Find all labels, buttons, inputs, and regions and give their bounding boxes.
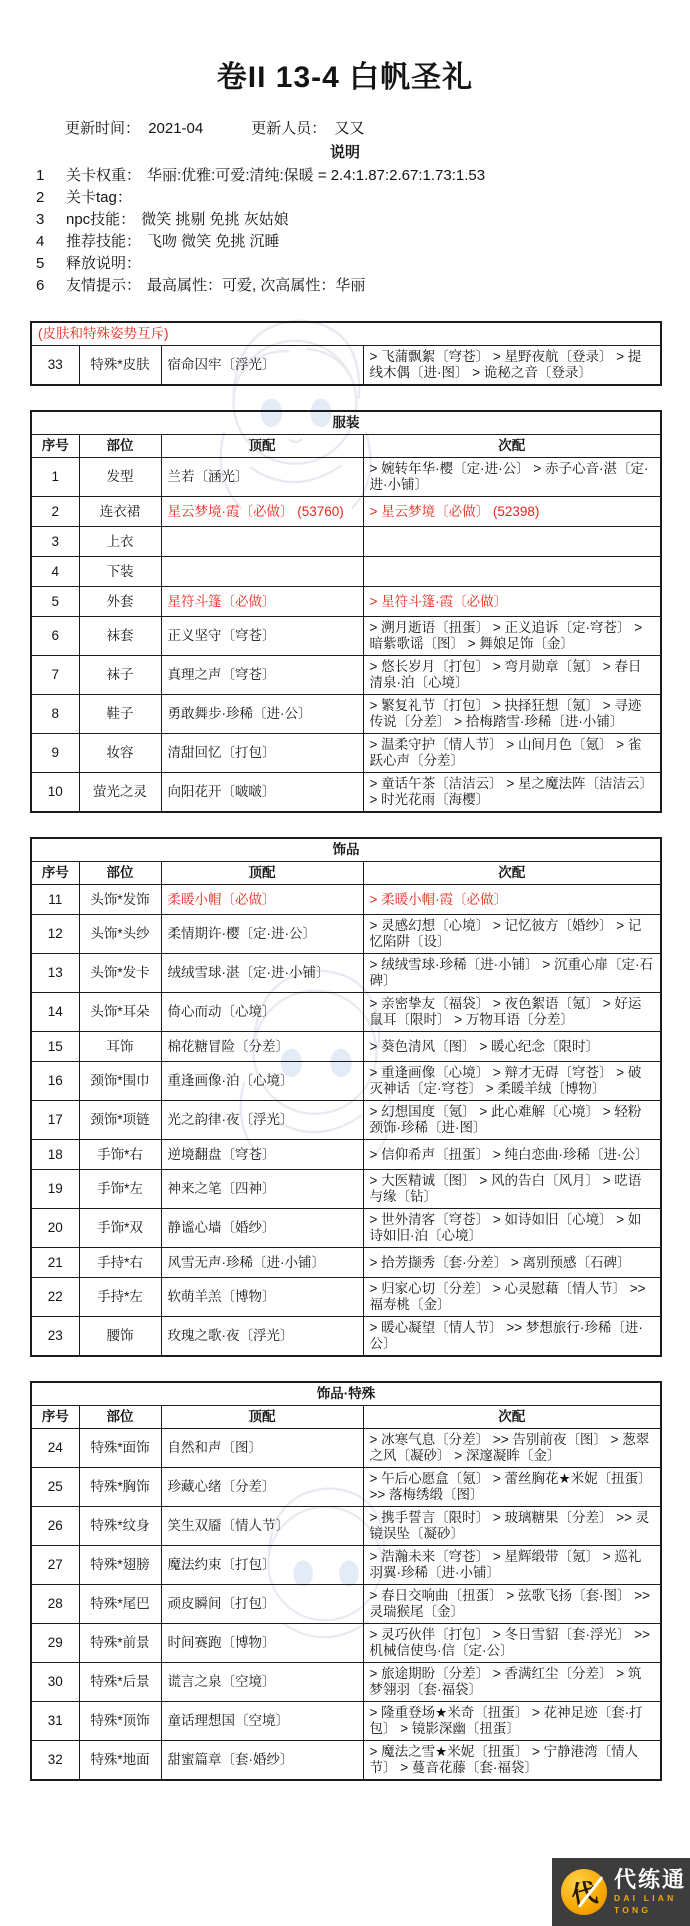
column-header: 次配	[363, 862, 661, 885]
table-title: 饰品·特殊	[31, 1382, 661, 1406]
top-pick-cell	[161, 527, 363, 557]
row-number-cell: 9	[31, 734, 79, 773]
table-row: 7袜子真理之声〔穹苍〕> 悠长岁月〔打包〕 > 弯月勋章〔氪〕 > 春日清泉·泊…	[31, 656, 661, 695]
next-pick-cell: > 溯月逝语〔扭蛋〕 > 正义追诉〔定·穹苍〕 > 暗紫歌谣〔图〕 > 舞娘足饰…	[363, 617, 661, 656]
table-row: 30特殊*后景谎言之泉〔空境〕> 旅途期盼〔分差〕 > 香满红尘〔分差〕 > 筑…	[31, 1663, 661, 1702]
table-row: 32特殊*地面甜蜜篇章〔套·婚纱〕> 魔法之雪★米妮〔扭蛋〕 > 宁静港湾〔情人…	[31, 1741, 661, 1781]
row-number-cell: 5	[31, 587, 79, 617]
part-cell: 袜套	[79, 617, 161, 656]
top-pick-cell: 珍藏心绪〔分差〕	[161, 1468, 363, 1507]
row-number-cell: 31	[31, 1702, 79, 1741]
row-number-cell: 28	[31, 1585, 79, 1624]
row-number-cell: 6	[31, 617, 79, 656]
note-label: 关卡权重：	[66, 165, 141, 187]
note-number: 2	[36, 187, 66, 209]
update-time: 更新时间： 2021-04	[65, 118, 203, 140]
row-number-cell: 30	[31, 1663, 79, 1702]
next-pick-cell: > 葵色清风〔图〕 > 暖心纪念〔限时〕	[363, 1032, 661, 1062]
part-cell: 头饰*发卡	[79, 954, 161, 993]
top-pick-cell: 兰若〔涵光〕	[161, 458, 363, 497]
next-pick-cell: > 柔暖小帽·霞〔必做〕	[363, 885, 661, 915]
row-number-cell: 16	[31, 1062, 79, 1101]
part-cell: 特殊*地面	[79, 1741, 161, 1781]
part-cell: 特殊*面饰	[79, 1429, 161, 1468]
row-number-cell: 13	[31, 954, 79, 993]
row-number-cell: 26	[31, 1507, 79, 1546]
table-row: 9妆容清甜回忆〔打包〕> 温柔守护〔情人节〕 > 山间月色〔氪〕 > 雀跃心声〔…	[31, 734, 661, 773]
table-row: 2连衣裙星云梦境·霞〔必做〕 (53760)> 星云梦境〔必做〕 (52398)	[31, 497, 661, 527]
part-cell: 特殊*翅膀	[79, 1546, 161, 1585]
logo-name-en: DAI LIAN TONG	[614, 1892, 690, 1916]
note-value: 华丽:优雅:可爱:清纯:保暖 = 2.4:1.87:2.67:1.73:1.53	[147, 165, 485, 187]
top-pick-cell: 宿命囚牢〔浮光〕	[161, 346, 363, 386]
top-pick-cell: 重逢画像·泊〔心境〕	[161, 1062, 363, 1101]
table-header-row: 序号部位顶配次配	[31, 862, 661, 885]
column-header: 部位	[79, 435, 161, 458]
note-value: 最高属性：可爱, 次高属性：华丽	[147, 275, 365, 297]
updater-label: 更新人员：	[251, 120, 326, 137]
part-cell: 手持*右	[79, 1248, 161, 1278]
note-value: 微笑 挑剔 免挑 灰姑娘	[141, 209, 289, 231]
next-pick-cell: > 幻想国度〔氪〕 > 此心难解〔心境〕 > 轻粉颈饰·珍稀〔进·图〕	[363, 1101, 661, 1140]
top-pick-cell: 星符斗篷〔必做〕	[161, 587, 363, 617]
row-number-cell: 33	[31, 346, 79, 386]
table-row: 14头饰*耳朵倚心而动〔心境〕> 亲密挚友〔福袋〕 > 夜色絮语〔氪〕 > 好运…	[31, 993, 661, 1032]
part-cell: 手饰*左	[79, 1170, 161, 1209]
part-cell: 特殊*前景	[79, 1624, 161, 1663]
table-row: 4下装	[31, 557, 661, 587]
table-row: 22手持*左软萌羊羔〔博物〕> 归家心切〔分差〕 > 心灵慰藉〔情人节〕 >> …	[31, 1278, 661, 1317]
table-row: 18手饰*右逆境翻盘〔穹苍〕> 信仰希声〔扭蛋〕 > 纯白恋曲·珍稀〔进·公〕	[31, 1140, 661, 1170]
notes-list: 1关卡权重：华丽:优雅:可爱:清纯:保暖 = 2.4:1.87:2.67:1.7…	[0, 165, 690, 297]
top-pick-cell: 风雪无声·珍稀〔进·小铺〕	[161, 1248, 363, 1278]
table-row: 13头饰*发卡绒绒雪球·湛〔定·进·小铺〕> 绒绒雪球·珍稀〔进·小铺〕 > 沉…	[31, 954, 661, 993]
next-pick-cell: > 星符斗篷·霞〔必做〕	[363, 587, 661, 617]
top-pick-cell: 甜蜜篇章〔套·婚纱〕	[161, 1741, 363, 1781]
note-row: 4推荐技能：飞吻 微笑 免挑 沉睡	[0, 231, 690, 253]
note-number: 3	[36, 209, 66, 231]
row-number-cell: 24	[31, 1429, 79, 1468]
next-pick-cell: > 午后心愿盒〔氪〕 > 蕾丝胸花★米妮〔扭蛋〕 >> 落梅绣缎〔图〕	[363, 1468, 661, 1507]
row-number-cell: 12	[31, 915, 79, 954]
top-pick-cell: 笑生双靥〔情人节〕	[161, 1507, 363, 1546]
note-row: 2关卡tag：	[0, 187, 690, 209]
updater-value: 又又	[334, 120, 364, 137]
column-header: 顶配	[161, 862, 363, 885]
row-number-cell: 27	[31, 1546, 79, 1585]
part-cell: 袜子	[79, 656, 161, 695]
top-pick-cell: 神来之笔〔四神〕	[161, 1170, 363, 1209]
note-row: 1关卡权重：华丽:优雅:可爱:清纯:保暖 = 2.4:1.87:2.67:1.7…	[0, 165, 690, 187]
column-header: 序号	[31, 435, 79, 458]
next-pick-cell: > 婉转年华·樱〔定·进·公〕 > 赤子心音·湛〔定·进·小铺〕	[363, 458, 661, 497]
top-pick-cell: 光之韵律·夜〔浮光〕	[161, 1101, 363, 1140]
table-row: 25特殊*胸饰珍藏心绪〔分差〕> 午后心愿盒〔氪〕 > 蕾丝胸花★米妮〔扭蛋〕 …	[31, 1468, 661, 1507]
table-row: 15耳饰棉花糖冒险〔分差〕> 葵色清风〔图〕 > 暖心纪念〔限时〕	[31, 1032, 661, 1062]
table-header-row: 序号部位顶配次配	[31, 435, 661, 458]
part-cell: 特殊*顶饰	[79, 1702, 161, 1741]
row-number-cell: 8	[31, 695, 79, 734]
next-pick-cell: > 星云梦境〔必做〕 (52398)	[363, 497, 661, 527]
part-cell: 颈饰*围巾	[79, 1062, 161, 1101]
table-title-row: 饰品·特殊	[31, 1382, 661, 1406]
next-pick-cell: > 温柔守护〔情人节〕 > 山间月色〔氪〕 > 雀跃心声〔分差〕	[363, 734, 661, 773]
row-number-cell: 32	[31, 1741, 79, 1781]
table-row: 26特殊*纹身笑生双靥〔情人节〕> 携手誓言〔限时〕 > 玻璃糖果〔分差〕 >>…	[31, 1507, 661, 1546]
next-pick-cell: > 春日交响曲〔扭蛋〕 > 弦歌飞扬〔套·图〕 >> 灵瑞猴尾〔金〕	[363, 1585, 661, 1624]
logo-name-cn: 代练通	[614, 1868, 690, 1892]
row-number-cell: 25	[31, 1468, 79, 1507]
update-time-value: 2021-04	[148, 120, 203, 137]
accessory-special-table: 饰品·特殊序号部位顶配次配24特殊*面饰自然和声〔图〕> 冰寒气息〔分差〕 >>…	[30, 1381, 662, 1781]
table-row: 5外套星符斗篷〔必做〕> 星符斗篷·霞〔必做〕	[31, 587, 661, 617]
part-cell: 特殊*胸饰	[79, 1468, 161, 1507]
top-pick-cell: 柔情期许·樱〔定·进·公〕	[161, 915, 363, 954]
table-row: 21手持*右风雪无声·珍稀〔进·小铺〕> 拾芳撷秀〔套·分差〕 > 离别预感〔石…	[31, 1248, 661, 1278]
next-pick-cell: > 灵巧伙伴〔打包〕 > 冬日雪貂〔套·浮光〕 >> 机械信使鸟·信〔定·公〕	[363, 1624, 661, 1663]
next-pick-cell	[363, 527, 661, 557]
note-row: 6友情提示：最高属性：可爱, 次高属性：华丽	[0, 275, 690, 297]
table-row: 6袜套正义坚守〔穹苍〕> 溯月逝语〔扭蛋〕 > 正义追诉〔定·穹苍〕 > 暗紫歌…	[31, 617, 661, 656]
table-row: 1发型兰若〔涵光〕> 婉转年华·樱〔定·进·公〕 > 赤子心音·湛〔定·进·小铺…	[31, 458, 661, 497]
table-row: 16颈饰*围巾重逢画像·泊〔心境〕> 重逢画像〔心境〕 > 辩才无碍〔穹苍〕 >…	[31, 1062, 661, 1101]
row-number-cell: 19	[31, 1170, 79, 1209]
next-pick-cell: > 魔法之雪★米妮〔扭蛋〕 > 宁静港湾〔情人节〕 > 蔓音花藤〔套·福袋〕	[363, 1741, 661, 1781]
row-number-cell: 4	[31, 557, 79, 587]
next-pick-cell: > 童话午茶〔洁洁云〕 > 星之魔法阵〔洁洁云〕 > 时光花雨〔海樱〕	[363, 773, 661, 813]
note-label: 推荐技能：	[66, 231, 141, 253]
table-row: 33特殊*皮肤宿命囚牢〔浮光〕> 飞蒲飘絮〔穹苍〕 > 星野夜航〔登录〕 > 提…	[31, 346, 661, 386]
logo-glyph: 代	[557, 1865, 610, 1918]
top-pick-cell: 柔暖小帽〔必做〕	[161, 885, 363, 915]
part-cell: 手持*左	[79, 1278, 161, 1317]
next-pick-cell: > 拾芳撷秀〔套·分差〕 > 离别预感〔石碑〕	[363, 1248, 661, 1278]
column-header: 序号	[31, 1406, 79, 1429]
table-row: 28特殊*尾巴顽皮瞬间〔打包〕> 春日交响曲〔扭蛋〕 > 弦歌飞扬〔套·图〕 >…	[31, 1585, 661, 1624]
table-title: 服装	[31, 411, 661, 435]
table-note: (皮肤和特殊姿势互斥)	[31, 322, 661, 346]
note-label: 友情提示：	[66, 275, 141, 297]
top-pick-cell: 玫瑰之歌·夜〔浮光〕	[161, 1317, 363, 1357]
table-title-row: 服装	[31, 411, 661, 435]
next-pick-cell: > 旅途期盼〔分差〕 > 香满红尘〔分差〕 > 筑梦翎羽〔套·福袋〕	[363, 1663, 661, 1702]
top-pick-cell: 逆境翻盘〔穹苍〕	[161, 1140, 363, 1170]
skin-table: (皮肤和特殊姿势互斥)33特殊*皮肤宿命囚牢〔浮光〕> 飞蒲飘絮〔穹苍〕 > 星…	[30, 321, 662, 386]
table-row: 19手饰*左神来之笔〔四神〕> 大医精诚〔图〕 > 风的告白〔风月〕 > 呓语与…	[31, 1170, 661, 1209]
row-number-cell: 21	[31, 1248, 79, 1278]
document-content: 卷II 13-4 白帆圣礼 更新时间： 2021-04 更新人员： 又又 说明 …	[0, 0, 690, 1781]
part-cell: 鞋子	[79, 695, 161, 734]
table-row: 3上衣	[31, 527, 661, 557]
top-pick-cell: 时间赛跑〔博物〕	[161, 1624, 363, 1663]
part-cell: 连衣裙	[79, 497, 161, 527]
column-header: 顶配	[161, 1406, 363, 1429]
top-pick-cell: 向阳花开〔啵啵〕	[161, 773, 363, 813]
note-label: 释放说明：	[66, 253, 141, 275]
top-pick-cell: 星云梦境·霞〔必做〕 (53760)	[161, 497, 363, 527]
table-title: 饰品	[31, 838, 661, 862]
part-cell: 发型	[79, 458, 161, 497]
part-cell: 头饰*发饰	[79, 885, 161, 915]
next-pick-cell: > 归家心切〔分差〕 > 心灵慰藉〔情人节〕 >> 福寿桃〔金〕	[363, 1278, 661, 1317]
column-header: 次配	[363, 435, 661, 458]
table-title-row: 饰品	[31, 838, 661, 862]
next-pick-cell: > 大医精诚〔图〕 > 风的告白〔风月〕 > 呓语与缘〔钻〕	[363, 1170, 661, 1209]
table-row: 20手饰*双静谧心墙〔婚纱〕> 世外清客〔穹苍〕 > 如诗如旧〔心境〕 > 如诗…	[31, 1209, 661, 1248]
logo-text: 代练通 DAI LIAN TONG	[614, 1868, 690, 1916]
update-time-label: 更新时间：	[65, 120, 140, 137]
column-header: 顶配	[161, 435, 363, 458]
row-number-cell: 29	[31, 1624, 79, 1663]
next-pick-cell	[363, 557, 661, 587]
column-header: 次配	[363, 1406, 661, 1429]
part-cell: 萤光之灵	[79, 773, 161, 813]
note-number: 4	[36, 231, 66, 253]
top-pick-cell	[161, 557, 363, 587]
table-row: 27特殊*翅膀魔法约束〔打包〕> 浩瀚未来〔穹苍〕 > 星辉缎带〔氪〕 > 巡礼…	[31, 1546, 661, 1585]
column-header: 序号	[31, 862, 79, 885]
dailiantong-logo-icon: 代	[561, 1869, 607, 1915]
row-number-cell: 18	[31, 1140, 79, 1170]
row-number-cell: 23	[31, 1317, 79, 1357]
table-row: 11头饰*发饰柔暖小帽〔必做〕> 柔暖小帽·霞〔必做〕	[31, 885, 661, 915]
row-number-cell: 2	[31, 497, 79, 527]
top-pick-cell: 魔法约束〔打包〕	[161, 1546, 363, 1585]
top-pick-cell: 顽皮瞬间〔打包〕	[161, 1585, 363, 1624]
part-cell: 特殊*皮肤	[79, 346, 161, 386]
part-cell: 特殊*尾巴	[79, 1585, 161, 1624]
top-pick-cell: 绒绒雪球·湛〔定·进·小铺〕	[161, 954, 363, 993]
table-row: 17颈饰*项链光之韵律·夜〔浮光〕> 幻想国度〔氪〕 > 此心难解〔心境〕 > …	[31, 1101, 661, 1140]
top-pick-cell: 静谧心墙〔婚纱〕	[161, 1209, 363, 1248]
table-row: 8鞋子勇敢舞步·珍稀〔进·公〕> 繁复礼节〔打包〕 > 抉择狂想〔氪〕 > 寻迹…	[31, 695, 661, 734]
top-pick-cell: 真理之声〔穹苍〕	[161, 656, 363, 695]
next-pick-cell: > 浩瀚未来〔穹苍〕 > 星辉缎带〔氪〕 > 巡礼羽翼·珍稀〔进·小铺〕	[363, 1546, 661, 1585]
next-pick-cell: > 世外清客〔穹苍〕 > 如诗如旧〔心境〕 > 如诗如旧·泊〔心境〕	[363, 1209, 661, 1248]
part-cell: 手饰*双	[79, 1209, 161, 1248]
row-number-cell: 10	[31, 773, 79, 813]
part-cell: 腰饰	[79, 1317, 161, 1357]
note-label: 关卡tag：	[66, 187, 132, 209]
next-pick-cell: > 携手誓言〔限时〕 > 玻璃糖果〔分差〕 >> 灵镜误坠〔凝砂〕	[363, 1507, 661, 1546]
table-note-row: (皮肤和特殊姿势互斥)	[31, 322, 661, 346]
next-pick-cell: > 灵感幻想〔心境〕 > 记忆彼方〔婚纱〕 > 记忆陷阱〔设〕	[363, 915, 661, 954]
next-pick-cell: > 冰寒气息〔分差〕 >> 告别前夜〔图〕 > 葱翠之风〔凝砂〕 > 深邃凝眸〔…	[363, 1429, 661, 1468]
top-pick-cell: 谎言之泉〔空境〕	[161, 1663, 363, 1702]
row-number-cell: 22	[31, 1278, 79, 1317]
note-row: 5释放说明：	[0, 253, 690, 275]
table-row: 12头饰*头纱柔情期许·樱〔定·进·公〕> 灵感幻想〔心境〕 > 记忆彼方〔婚纱…	[31, 915, 661, 954]
row-number-cell: 14	[31, 993, 79, 1032]
clothing-table: 服装序号部位顶配次配1发型兰若〔涵光〕> 婉转年华·樱〔定·进·公〕 > 赤子心…	[30, 410, 662, 813]
row-number-cell: 7	[31, 656, 79, 695]
notes-title: 说明	[0, 142, 690, 163]
note-row: 3npc技能：微笑 挑剔 免挑 灰姑娘	[0, 209, 690, 231]
row-number-cell: 20	[31, 1209, 79, 1248]
note-number: 1	[36, 165, 66, 187]
next-pick-cell: > 悠长岁月〔打包〕 > 弯月勋章〔氪〕 > 春日清泉·泊〔心境〕	[363, 656, 661, 695]
guide-page: 卷II 13-4 白帆圣礼 更新时间： 2021-04 更新人员： 又又 说明 …	[0, 0, 690, 1926]
row-number-cell: 1	[31, 458, 79, 497]
accessory-table: 饰品序号部位顶配次配11头饰*发饰柔暖小帽〔必做〕> 柔暖小帽·霞〔必做〕12头…	[30, 837, 662, 1357]
part-cell: 头饰*头纱	[79, 915, 161, 954]
top-pick-cell: 童话理想国〔空境〕	[161, 1702, 363, 1741]
note-label: npc技能：	[66, 209, 135, 231]
top-pick-cell: 软萌羊羔〔博物〕	[161, 1278, 363, 1317]
part-cell: 外套	[79, 587, 161, 617]
next-pick-cell: > 亲密挚友〔福袋〕 > 夜色絮语〔氪〕 > 好运鼠耳〔限时〕 > 万物耳语〔分…	[363, 993, 661, 1032]
meta-row: 更新时间： 2021-04 更新人员： 又又	[0, 118, 690, 140]
table-row: 29特殊*前景时间赛跑〔博物〕> 灵巧伙伴〔打包〕 > 冬日雪貂〔套·浮光〕 >…	[31, 1624, 661, 1663]
row-number-cell: 3	[31, 527, 79, 557]
next-pick-cell: > 重逢画像〔心境〕 > 辩才无碍〔穹苍〕 > 破灭神话〔定·穹苍〕 > 柔暖羊…	[363, 1062, 661, 1101]
note-number: 6	[36, 275, 66, 297]
column-header: 部位	[79, 862, 161, 885]
table-row: 23腰饰玫瑰之歌·夜〔浮光〕> 暖心凝望〔情人节〕 >> 梦想旅行·珍稀〔进·公…	[31, 1317, 661, 1357]
top-pick-cell: 倚心而动〔心境〕	[161, 993, 363, 1032]
next-pick-cell: > 绒绒雪球·珍稀〔进·小铺〕 > 沉重心扉〔定·石碑〕	[363, 954, 661, 993]
page-title: 卷II 13-4 白帆圣礼	[0, 60, 690, 96]
part-cell: 特殊*后景	[79, 1663, 161, 1702]
table-header-row: 序号部位顶配次配	[31, 1406, 661, 1429]
part-cell: 下装	[79, 557, 161, 587]
top-pick-cell: 自然和声〔图〕	[161, 1429, 363, 1468]
table-row: 24特殊*面饰自然和声〔图〕> 冰寒气息〔分差〕 >> 告别前夜〔图〕 > 葱翠…	[31, 1429, 661, 1468]
updater: 更新人员： 又又	[251, 118, 364, 140]
table-row: 10萤光之灵向阳花开〔啵啵〕> 童话午茶〔洁洁云〕 > 星之魔法阵〔洁洁云〕 >…	[31, 773, 661, 813]
top-pick-cell: 清甜回忆〔打包〕	[161, 734, 363, 773]
next-pick-cell: > 飞蒲飘絮〔穹苍〕 > 星野夜航〔登录〕 > 提线木偶〔进·图〕 > 诡秘之音…	[363, 346, 661, 386]
top-pick-cell: 正义坚守〔穹苍〕	[161, 617, 363, 656]
part-cell: 耳饰	[79, 1032, 161, 1062]
next-pick-cell: > 暖心凝望〔情人节〕 >> 梦想旅行·珍稀〔进·公〕	[363, 1317, 661, 1357]
row-number-cell: 17	[31, 1101, 79, 1140]
note-number: 5	[36, 253, 66, 275]
part-cell: 特殊*纹身	[79, 1507, 161, 1546]
top-pick-cell: 棉花糖冒险〔分差〕	[161, 1032, 363, 1062]
column-header: 部位	[79, 1406, 161, 1429]
table-row: 31特殊*顶饰童话理想国〔空境〕> 隆重登场★米奇〔扭蛋〕 > 花神足迹〔套·打…	[31, 1702, 661, 1741]
note-value: 飞吻 微笑 免挑 沉睡	[147, 231, 280, 253]
row-number-cell: 15	[31, 1032, 79, 1062]
dailiantong-logo: 代 代练通 DAI LIAN TONG	[552, 1858, 690, 1926]
part-cell: 妆容	[79, 734, 161, 773]
next-pick-cell: > 隆重登场★米奇〔扭蛋〕 > 花神足迹〔套·打包〕 > 镜影深幽〔扭蛋〕	[363, 1702, 661, 1741]
top-pick-cell: 勇敢舞步·珍稀〔进·公〕	[161, 695, 363, 734]
next-pick-cell: > 繁复礼节〔打包〕 > 抉择狂想〔氪〕 > 寻迹传说〔分差〕 > 拾梅踏雪·珍…	[363, 695, 661, 734]
part-cell: 头饰*耳朵	[79, 993, 161, 1032]
next-pick-cell: > 信仰希声〔扭蛋〕 > 纯白恋曲·珍稀〔进·公〕	[363, 1140, 661, 1170]
part-cell: 颈饰*项链	[79, 1101, 161, 1140]
part-cell: 手饰*右	[79, 1140, 161, 1170]
row-number-cell: 11	[31, 885, 79, 915]
part-cell: 上衣	[79, 527, 161, 557]
